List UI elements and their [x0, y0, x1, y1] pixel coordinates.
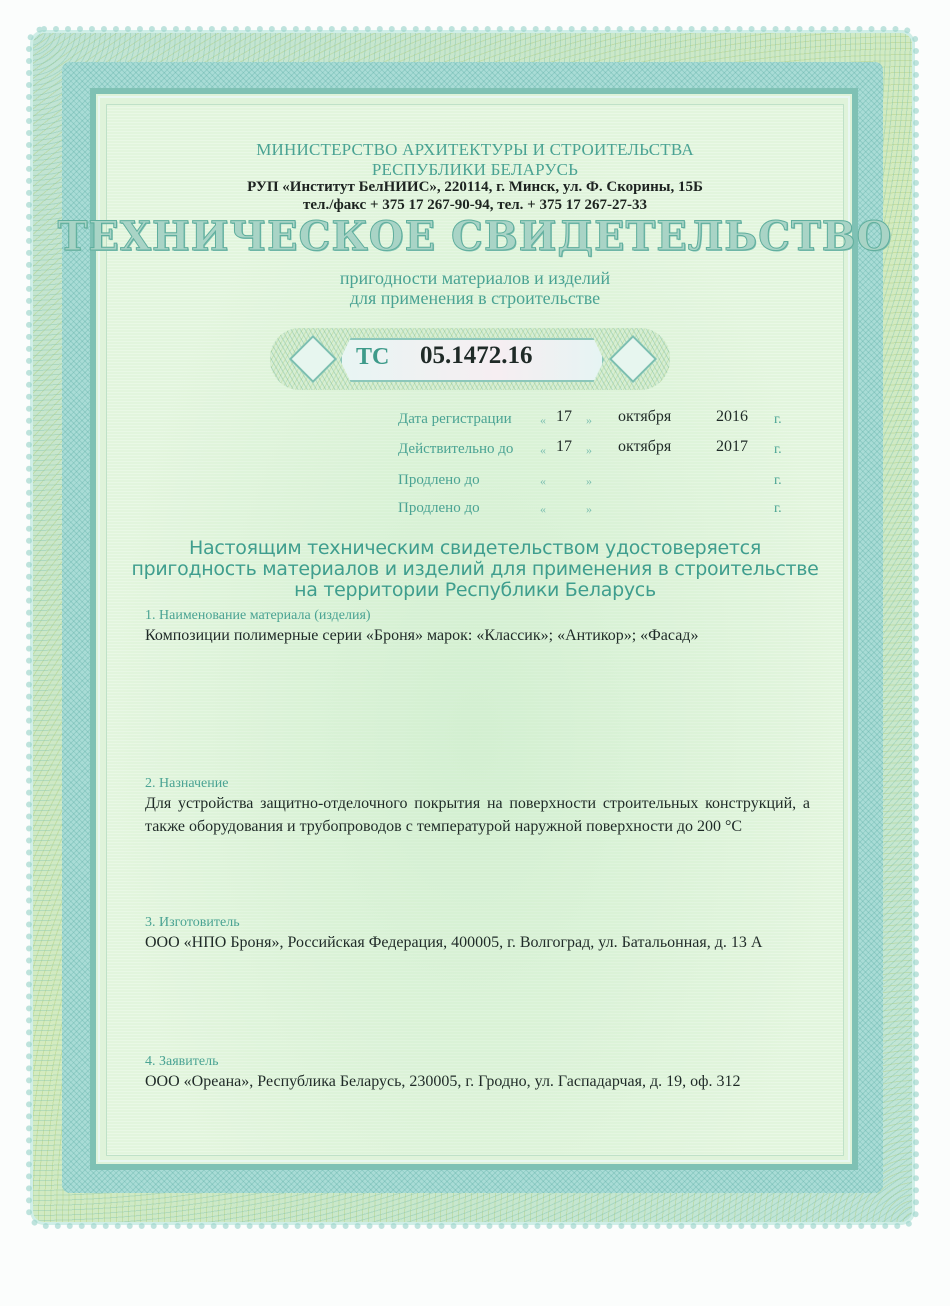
- date-row-extended-1: Продлено до « » г.: [398, 465, 788, 489]
- institute-address: РУП «Институт БелНИИС», 220114, г. Минск…: [0, 178, 950, 196]
- year-suffix: г.: [774, 442, 782, 458]
- date-row-registration: Дата регистрации « 17 » октября 2016 г.: [398, 404, 788, 428]
- affirmation-line-3: на территории Республики Беларусь: [0, 580, 950, 601]
- quote-open: «: [540, 443, 546, 458]
- section-text: ООО «НПО Броня», Российская Федерация, 4…: [145, 931, 810, 954]
- quote-open: «: [540, 413, 546, 428]
- date-row-valid-until: Действительно до « 17 » октября 2017 г.: [398, 434, 788, 458]
- date-label: Действительно до: [398, 441, 513, 458]
- institute-phones: тел./факс + 375 17 267-90-94, тел. + 375…: [0, 196, 950, 214]
- date-label: Дата регистрации: [398, 411, 512, 428]
- certificate-content: МИНИСТЕРСТВО АРХИТЕКТУРЫ И СТРОИТЕЛЬСТВА…: [0, 0, 950, 1306]
- section-text: Композиции полимерные серии «Броня» маро…: [145, 624, 810, 647]
- year-suffix: г.: [774, 501, 782, 517]
- date-label: Продлено до: [398, 500, 480, 517]
- date-month: октября: [618, 438, 671, 456]
- section-label: 4. Заявитель: [145, 1054, 810, 1070]
- date-day: 17: [556, 408, 572, 426]
- date-row-extended-2: Продлено до « » г.: [398, 493, 788, 517]
- date-label: Продлено до: [398, 472, 480, 489]
- quote-close: »: [586, 474, 592, 489]
- subtitle-line-2: для применения в строительстве: [0, 288, 950, 308]
- section-manufacturer: 3. Изготовитель ООО «НПО Броня», Российс…: [145, 915, 810, 954]
- section-text: ООО «Ореана», Республика Беларусь, 23000…: [145, 1070, 810, 1093]
- section-text: Для устройства защитно-отделочного покры…: [145, 792, 810, 838]
- ministry-heading: МИНИСТЕРСТВО АРХИТЕКТУРЫ И СТРОИТЕЛЬСТВА…: [0, 140, 950, 180]
- certificate-number: 05.1472.16: [420, 342, 533, 370]
- affirmation-line-1: Настоящим техническим свидетельством удо…: [0, 538, 950, 559]
- year-suffix: г.: [774, 473, 782, 489]
- institute-info: РУП «Институт БелНИИС», 220114, г. Минск…: [0, 178, 950, 214]
- quote-close: »: [586, 502, 592, 517]
- section-material-name: 1. Наименование материала (изделия) Комп…: [145, 608, 810, 647]
- document-title: ТЕХНИЧЕСКОЕ СВИДЕТЕЛЬСТВО: [0, 213, 950, 260]
- date-year: 2016: [716, 408, 748, 426]
- section-label: 1. Наименование материала (изделия): [145, 608, 810, 624]
- section-label: 3. Изготовитель: [145, 915, 810, 931]
- affirmation-statement: Настоящим техническим свидетельством удо…: [0, 538, 950, 601]
- date-year: 2017: [716, 438, 748, 456]
- section-label: 2. Назначение: [145, 776, 810, 792]
- section-applicant: 4. Заявитель ООО «Ореана», Республика Бе…: [145, 1054, 810, 1093]
- quote-open: «: [540, 474, 546, 489]
- year-suffix: г.: [774, 412, 782, 428]
- section-purpose: 2. Назначение Для устройства защитно-отд…: [145, 776, 810, 838]
- quote-close: »: [586, 413, 592, 428]
- certificate-prefix: ТС: [356, 344, 389, 371]
- ministry-line-1: МИНИСТЕРСТВО АРХИТЕКТУРЫ И СТРОИТЕЛЬСТВА: [0, 140, 950, 160]
- date-day: 17: [556, 438, 572, 456]
- quote-close: »: [586, 443, 592, 458]
- ministry-line-2: РЕСПУБЛИКИ БЕЛАРУСЬ: [0, 160, 950, 180]
- date-month: октября: [618, 408, 671, 426]
- subtitle-line-1: пригодности материалов и изделий: [0, 268, 950, 288]
- quote-open: «: [540, 502, 546, 517]
- affirmation-line-2: пригодность материалов и изделий для при…: [0, 559, 950, 580]
- document-subtitle: пригодности материалов и изделий для при…: [0, 268, 950, 308]
